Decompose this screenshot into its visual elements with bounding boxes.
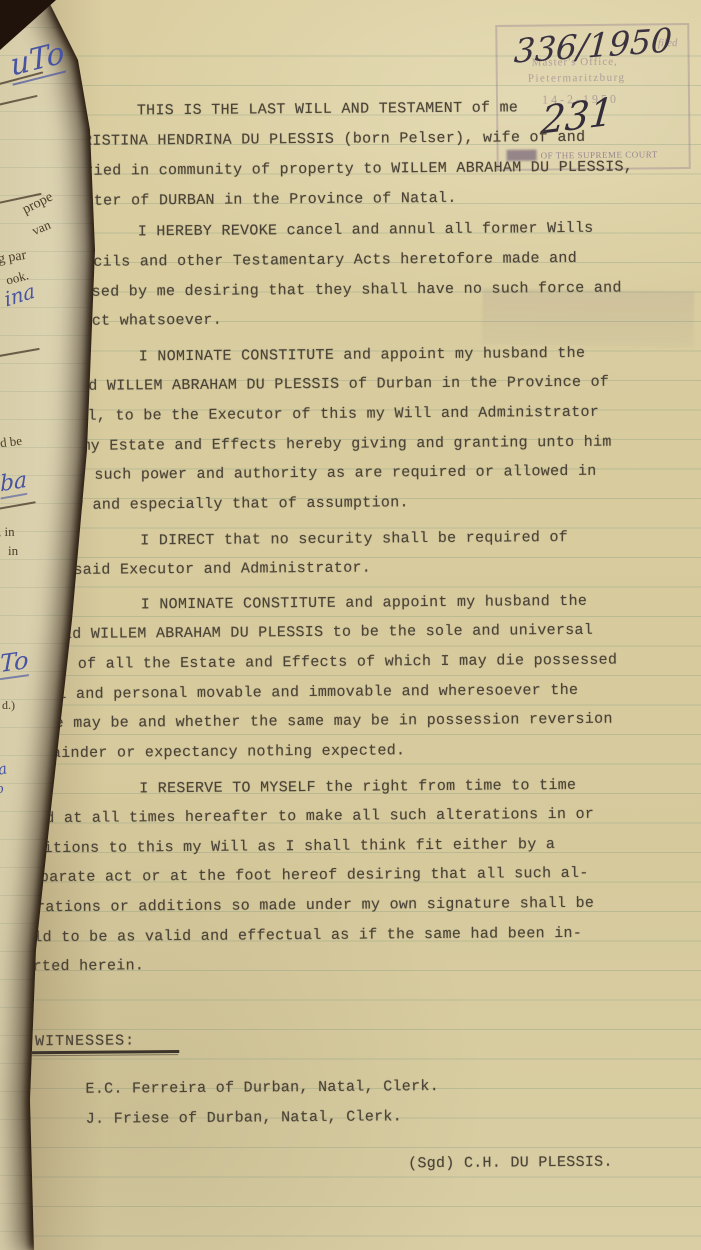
typed-line: I DIRECT that no security shall be requi… xyxy=(140,529,568,550)
witness-line: E.C. Ferreira of Durban, Natal, Clerk. xyxy=(85,1078,439,1099)
typed-line: nter of DURBAN in the Province of Natal. xyxy=(84,190,456,211)
page-shadow-wrap: filed Master's Office, Pietermaritzburg … xyxy=(0,0,701,1250)
margin-print-in2: in xyxy=(8,543,18,559)
margin-print-d: d.) xyxy=(2,698,15,713)
typed-line: I RESERVE TO MYSELF the right from time … xyxy=(139,777,576,798)
will-page: filed Master's Office, Pietermaritzburg … xyxy=(0,0,701,1250)
typed-line: I NOMINATE CONSTITUTE and appoint my hus… xyxy=(139,345,586,367)
typed-line: l such power and authority as are requir… xyxy=(76,463,597,485)
typed-line: ried in community of property to WILLEM … xyxy=(84,158,633,180)
typed-line: RISTINA HENDRINA DU PLESSIS (born Pelser… xyxy=(83,129,585,151)
typed-line: my Estate and Effects hereby giving and … xyxy=(81,434,611,456)
margin-handwriting-ba: ba xyxy=(0,468,27,500)
margin-print-in1: , in xyxy=(0,524,15,540)
typed-line: I HEREBY REVOKE cancel and annul all for… xyxy=(138,220,594,242)
typed-line: ld to be as valid and effectual as if th… xyxy=(33,925,582,947)
typed-line: w and especially that of assumption. xyxy=(74,494,409,515)
witness-line: J. Friese of Durban, Natal, Clerk. xyxy=(86,1108,402,1128)
typed-line: icils and other Testamentary Acts hereto… xyxy=(84,250,577,272)
typed-line: d at all times hereafter to make all suc… xyxy=(45,806,594,828)
typed-line: said Executor and Administrator. xyxy=(73,560,371,580)
typed-line: itions to this my Will as I shall think … xyxy=(44,836,556,858)
margin-handwriting-to: To xyxy=(0,646,28,680)
typed-line: parate act or at the foot hereof desirin… xyxy=(40,865,589,887)
witnesses-underline xyxy=(19,1050,179,1054)
typed-line: rations or additions so made under my ow… xyxy=(36,895,594,917)
typed-line: e may be and whether the same may be in … xyxy=(55,711,613,733)
typed-line: ssed by me desiring that they shall have… xyxy=(82,280,622,302)
typed-line: r of all the Estate and Effects of which… xyxy=(59,652,617,674)
typed-line: id WILLEM ABRAHAM DU PLESSIS of Durban i… xyxy=(79,374,609,396)
typed-line: ainder or expectancy nothing expected. xyxy=(52,742,406,763)
typed-line: al, to be the Executor of this my Will a… xyxy=(78,404,599,426)
margin-print-dbe: d be xyxy=(0,433,23,451)
typed-line: id WILLEM ABRAHAM DU PLESSIS to be the s… xyxy=(63,622,593,644)
typed-line: I NOMINATE CONSTITUTE and appoint my hus… xyxy=(141,593,588,615)
typed-text-layer: THIS IS THE LAST WILL AND TESTAMENT of m… xyxy=(0,0,701,1250)
signature-line: (Sgd) C.H. DU PLESSIS. xyxy=(408,1154,613,1174)
typed-line: rted herein. xyxy=(32,957,144,976)
typed-line: l and personal movable and immovable and… xyxy=(57,682,578,704)
typed-line: THIS IS THE LAST WILL AND TESTAMENT of m… xyxy=(137,99,519,120)
scanned-will-document: uTo prope van g par ook. ina d be ba , i… xyxy=(0,0,701,1250)
witnesses-heading: WITNESSES: xyxy=(35,1032,135,1051)
typed-line: ect whatsoever. xyxy=(82,312,222,331)
